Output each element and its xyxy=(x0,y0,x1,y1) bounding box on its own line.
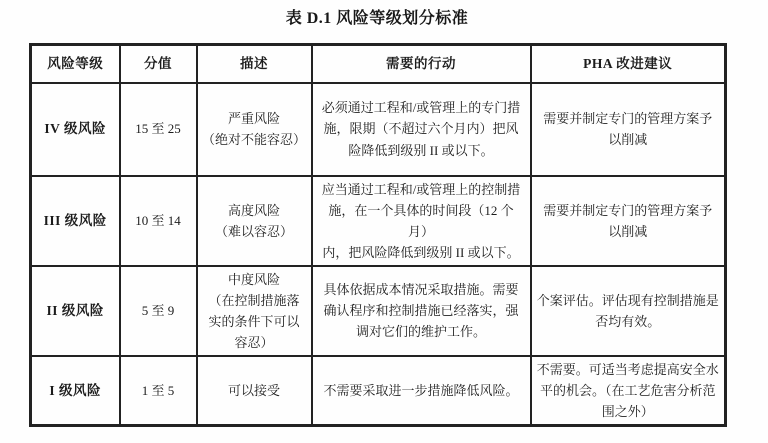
header-score: 分值 xyxy=(120,45,197,83)
header-risk-level: 风险等级 xyxy=(31,45,120,83)
table-header-row: 风险等级 分值 描述 需要的行动 PHA 改进建议 xyxy=(31,45,726,83)
cell-required-action: 应当通过工程和/或管理上的控制措 施，在一个具体的时间段（12 个月） 内，把风… xyxy=(312,176,531,266)
table-row-level-4: IV 级风险 15 至 25 严重风险 （绝对不能容忍） 必须通过工程和/或管理… xyxy=(31,83,726,176)
cell-description: 中度风险 （在控制措施落 实的条件下可以 容忍） xyxy=(197,266,312,356)
cell-required-action: 具体依据成本情况采取措施。需要 确认程序和控制措施已经落实，强 调对它们的维护工… xyxy=(312,266,531,356)
table-title: 表 D.1 风险等级划分标准 xyxy=(0,5,754,28)
cell-pha-suggestion: 需要并制定专门的管理方案予 以削减 xyxy=(531,83,726,176)
header-pha-suggestion: PHA 改进建议 xyxy=(531,45,726,83)
cell-risk-level: II 级风险 xyxy=(31,266,120,356)
risk-level-table: 风险等级 分值 描述 需要的行动 PHA 改进建议 IV 级风险 15 至 25… xyxy=(29,43,727,427)
cell-required-action: 必须通过工程和/或管理上的专门措 施，限期（不超过六个月内）把风 险降低到级别 … xyxy=(312,83,531,176)
header-description: 描述 xyxy=(197,45,312,83)
cell-score: 1 至 5 xyxy=(120,356,197,426)
cell-pha-suggestion: 不需要。可适当考虑提高安全水 平的机会。（在工艺危害分析范 围之外） xyxy=(531,356,726,426)
document-page: 表 D.1 风险等级划分标准 风险等级 分值 描述 需要的行动 PHA 改进建议… xyxy=(0,0,768,443)
cell-description: 严重风险 （绝对不能容忍） xyxy=(197,83,312,176)
cell-score: 10 至 14 xyxy=(120,176,197,266)
cell-required-action: 不需要采取进一步措施降低风险。 xyxy=(312,356,531,426)
table-body: IV 级风险 15 至 25 严重风险 （绝对不能容忍） 必须通过工程和/或管理… xyxy=(31,83,726,426)
table-row-level-3: III 级风险 10 至 14 高度风险 （难以容忍） 应当通过工程和/或管理上… xyxy=(31,176,726,266)
cell-pha-suggestion: 需要并制定专门的管理方案予 以削减 xyxy=(531,176,726,266)
header-required-action: 需要的行动 xyxy=(312,45,531,83)
cell-risk-level: IV 级风险 xyxy=(31,83,120,176)
cell-description: 高度风险 （难以容忍） xyxy=(197,176,312,266)
table-row-level-1: I 级风险 1 至 5 可以接受 不需要采取进一步措施降低风险。 不需要。可适当… xyxy=(31,356,726,426)
table-row-level-2: II 级风险 5 至 9 中度风险 （在控制措施落 实的条件下可以 容忍） 具体… xyxy=(31,266,726,356)
cell-score: 5 至 9 xyxy=(120,266,197,356)
cell-pha-suggestion: 个案评估。评估现有控制措施是 否均有效。 xyxy=(531,266,726,356)
cell-risk-level: III 级风险 xyxy=(31,176,120,266)
cell-risk-level: I 级风险 xyxy=(31,356,120,426)
cell-score: 15 至 25 xyxy=(120,83,197,176)
cell-description: 可以接受 xyxy=(197,356,312,426)
